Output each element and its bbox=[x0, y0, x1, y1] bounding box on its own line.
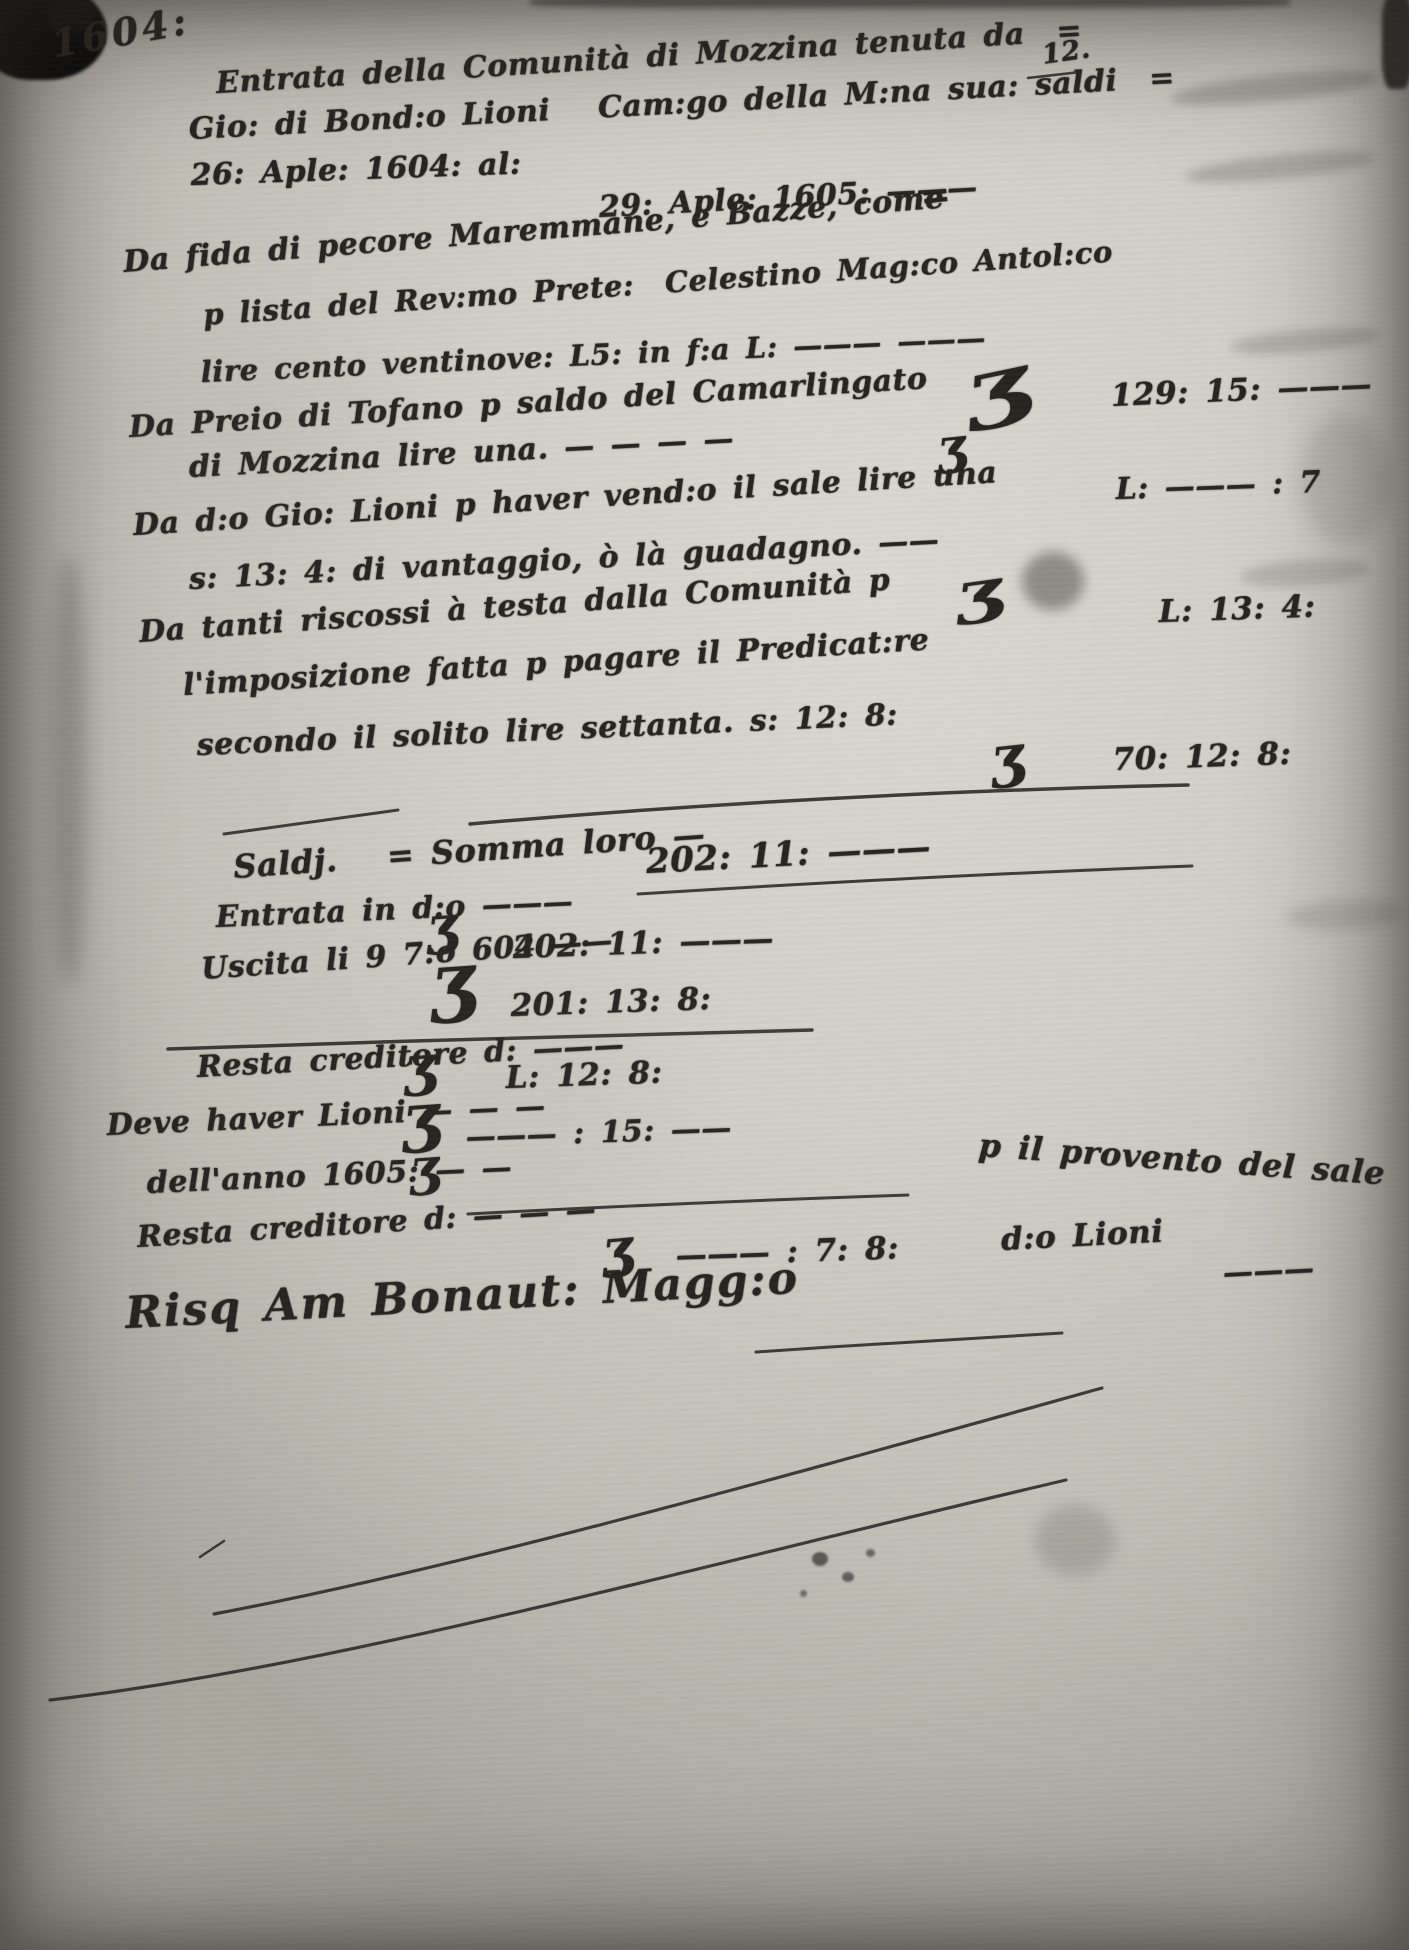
flourish-arc bbox=[214, 1388, 1102, 1614]
flourish-arc bbox=[50, 1480, 1066, 1700]
bleedthrough-mark bbox=[1184, 145, 1375, 189]
brace-flourish: ʒ bbox=[935, 425, 967, 468]
resta2-trailing-dash: ——— bbox=[1222, 1251, 1315, 1291]
manuscript-page: 1604: 12. Entrata della Comunità di Mozz… bbox=[0, 0, 1409, 1950]
pen-tick bbox=[200, 1541, 224, 1557]
bleedthrough-mark bbox=[1239, 555, 1370, 590]
brace-flourish: ʒ bbox=[958, 349, 1033, 422]
scan-edge-shadow bbox=[1382, 0, 1409, 89]
resta2-note: d:o Lioni bbox=[1000, 1213, 1164, 1257]
entry3-amount: L: 13: 4: bbox=[1158, 589, 1316, 630]
uscita-amount: 201: 13: 8: bbox=[510, 981, 712, 1024]
year-label: 1604: bbox=[48, 0, 193, 66]
anno-line: dell'anno 1605: — — bbox=[146, 1150, 513, 1201]
brace-flourish: ʒ bbox=[988, 732, 1026, 782]
brace-flourish: ʒ bbox=[408, 1146, 440, 1190]
scan-edge-shadow bbox=[530, 0, 1290, 8]
ink-speck bbox=[800, 1590, 807, 1597]
brace-flourish: ʒ bbox=[952, 566, 1004, 618]
bleedthrough-mark bbox=[1229, 324, 1380, 359]
bleedthrough-mark bbox=[1169, 64, 1381, 112]
signature-flourish bbox=[756, 1333, 1062, 1352]
signature: Risq Am Bonaut: Magg:o bbox=[124, 1253, 800, 1339]
deve-note: p il provento del sale bbox=[977, 1126, 1386, 1192]
entry4-amount: 70: 12: 8: bbox=[1112, 736, 1292, 778]
resta2-label: Resta creditore d: — — — bbox=[136, 1192, 597, 1255]
entry2-amount: L: ——— : 7 bbox=[1115, 465, 1322, 507]
heading-line-3a: 26: Aple: 1604: al: bbox=[190, 146, 522, 193]
binding-shadow bbox=[52, 560, 86, 980]
bleedthrough-mark bbox=[1284, 897, 1405, 933]
ink-speck bbox=[866, 1549, 875, 1557]
rule-line bbox=[224, 810, 398, 834]
entrata-label: Entrata in d:o ——— bbox=[215, 884, 574, 935]
ink-speck bbox=[842, 1572, 854, 1582]
entry1-amount: 129: 15: ——— bbox=[1110, 367, 1373, 414]
stain bbox=[1022, 552, 1084, 610]
ink-speck bbox=[812, 1552, 828, 1566]
brace-flourish: ʒ bbox=[600, 1225, 634, 1271]
saldi-somma-label: Saldj. = Somma loro — bbox=[232, 815, 706, 886]
rule-line bbox=[470, 785, 1188, 824]
entry4-line3: secondo il solito lire settanta. s: 12: … bbox=[196, 697, 898, 763]
stain bbox=[1035, 1505, 1115, 1575]
brace-flourish: ʒ bbox=[428, 949, 477, 1014]
